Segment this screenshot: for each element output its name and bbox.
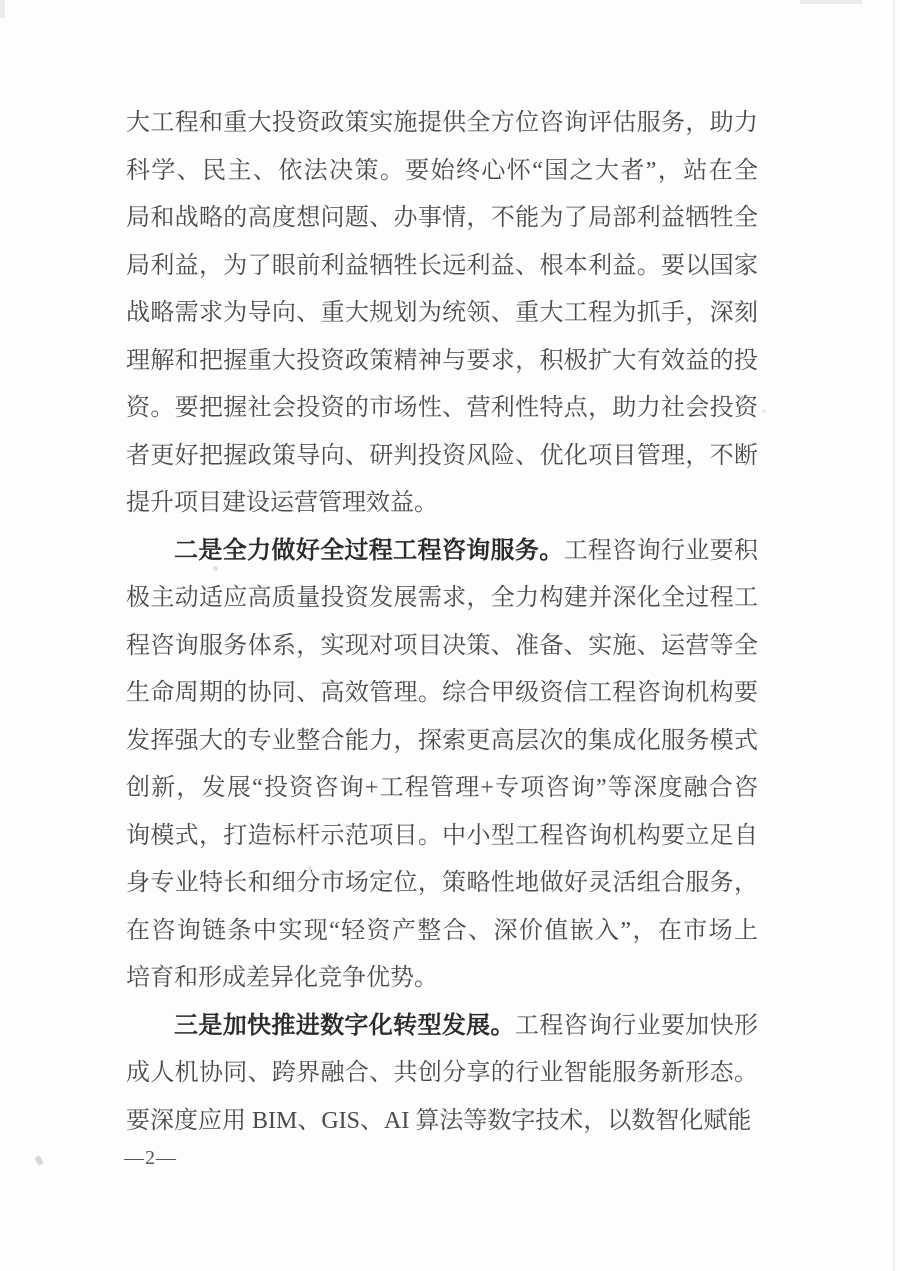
text-line: 三是加快推进数字化转型发展。工程咨询行业要加快形 bbox=[126, 1003, 758, 1051]
text-line: 程咨询服务体系，实现对项目决策、准备、实施、运营等全 bbox=[126, 623, 758, 671]
scan-speck bbox=[34, 1155, 44, 1166]
text-line: 询模式，打造标杆示范项目。中小型工程咨询机构要立足自 bbox=[126, 813, 758, 861]
text-line: 资。要把握社会投资的市场性、营利性特点，助力社会投资 bbox=[126, 385, 758, 433]
scan-smudge bbox=[800, 0, 862, 4]
scan-speck bbox=[762, 409, 766, 413]
text-line: 创新，发展“投资咨询+工程管理+专项咨询”等深度融合咨 bbox=[126, 765, 758, 813]
paragraph-continuation: 大工程和重大投资政策实施提供全方位咨询评估服务，助力 科学、民主、依法决策。要始… bbox=[126, 100, 758, 528]
text-line: 大工程和重大投资政策实施提供全方位咨询评估服务，助力 bbox=[126, 100, 758, 148]
text-line: 培育和形成差异化竞争优势。 bbox=[126, 955, 758, 1003]
document-body: 大工程和重大投资政策实施提供全方位咨询评估服务，助力 科学、民主、依法决策。要始… bbox=[126, 100, 758, 1145]
text-line: 者更好把握政策导向、研判投资风险、优化项目管理，不断 bbox=[126, 433, 758, 481]
text-line: 在咨询链条中实现“轻资产整合、深价值嵌入”，在市场上 bbox=[126, 908, 758, 956]
scan-smudge bbox=[0, 0, 5, 18]
text-line: 成人机协同、跨界融合、共创分享的行业智能服务新形态。 bbox=[126, 1050, 758, 1098]
section-lead-bold: 二是全力做好全过程工程咨询服务。 bbox=[174, 538, 564, 564]
paragraph-point-three: 三是加快推进数字化转型发展。工程咨询行业要加快形 成人机协同、跨界融合、共创分享… bbox=[126, 1003, 758, 1146]
text-line: 发挥强大的专业整合能力，探索更高层次的集成化服务模式 bbox=[126, 718, 758, 766]
text-line: 科学、民主、依法决策。要始终心怀“国之大者”，站在全 bbox=[126, 148, 758, 196]
paragraph-point-two: 二是全力做好全过程工程咨询服务。工程咨询行业要积 极主动适应高质量投资发展需求，… bbox=[126, 528, 758, 1003]
text-line: 理解和把握重大投资政策精神与要求，积极扩大有效益的投 bbox=[126, 338, 758, 386]
text-line: 二是全力做好全过程工程咨询服务。工程咨询行业要积 bbox=[126, 528, 758, 576]
section-lead-bold: 三是加快推进数字化转型发展。 bbox=[174, 1013, 515, 1039]
text-line: 要深度应用 BIM、GIS、AI 算法等数字技术，以数智化赋能 bbox=[126, 1098, 758, 1146]
text-run: 工程咨询行业要加快形 bbox=[515, 1013, 758, 1039]
text-line: 战略需求为导向、重大规划为统领、重大工程为抓手，深刻 bbox=[126, 290, 758, 338]
scanned-document-page: 大工程和重大投资政策实施提供全方位咨询评估服务，助力 科学、民主、依法决策。要始… bbox=[0, 0, 900, 1271]
text-line: 局利益，为了眼前利益牺牲长远利益、根本利益。要以国家 bbox=[126, 243, 758, 291]
text-line: 身专业特长和细分市场定位，策略性地做好灵活组合服务， bbox=[126, 860, 758, 908]
text-line: 极主动适应高质量投资发展需求，全力构建并深化全过程工 bbox=[126, 575, 758, 623]
text-line: 提升项目建设运营管理效益。 bbox=[126, 480, 758, 528]
text-line: 生命周期的协同、高效管理。综合甲级资信工程咨询机构要 bbox=[126, 670, 758, 718]
page-number: —2— bbox=[124, 1146, 177, 1170]
text-line: 局和战略的高度想问题、办事情，不能为了局部利益牺牲全 bbox=[126, 195, 758, 243]
text-run: 工程咨询行业要积 bbox=[564, 538, 758, 564]
scan-edge-line bbox=[893, 0, 895, 1271]
